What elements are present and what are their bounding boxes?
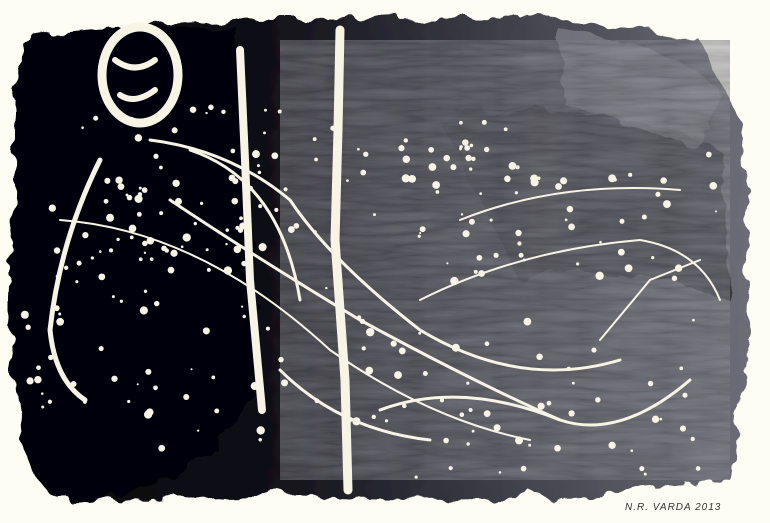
artist-signature: N.R. VARDA 2013 <box>625 502 721 513</box>
abstract-painting <box>0 0 770 523</box>
